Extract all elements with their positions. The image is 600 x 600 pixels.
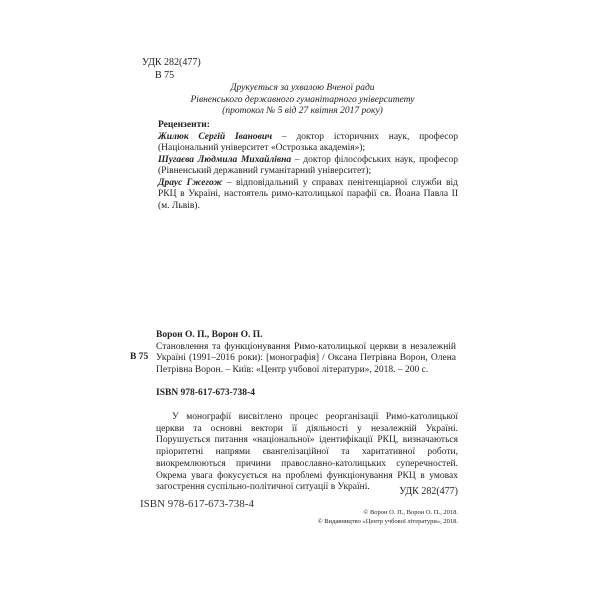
copyright-block: © Ворон О. П., Ворон О. П., 2018. © Вида… bbox=[280, 508, 458, 526]
reviewer-name: Драус Гжегож bbox=[158, 178, 223, 188]
reviewers-heading: Рецензенти: bbox=[158, 120, 458, 132]
copyright-publisher: © Видавництво «Центр учбової літератури»… bbox=[280, 517, 458, 526]
biblio-authors: Ворон О. П., Ворон О. П. bbox=[156, 330, 456, 342]
biblio-isbn: ISBN 978-617-673-738-4 bbox=[156, 388, 255, 398]
approval-line-3: (протокол № 5 від 27 квітня 2017 року) bbox=[120, 106, 485, 118]
approval-line-2: Рівненського державного гуманітарного ун… bbox=[120, 95, 485, 107]
reviewer-item: Шугаєва Людмила Михайлівна – доктор філо… bbox=[158, 155, 458, 178]
bibliographic-record: Ворон О. П., Ворон О. П. Становлення та … bbox=[156, 330, 456, 376]
isbn-bottom: ISBN 978-617-673-738-4 bbox=[140, 498, 254, 510]
annotation-text: У монографії висвітлено процес реорганіз… bbox=[156, 412, 458, 494]
reviewer-item: Драус Гжегож – відповідальний у справах … bbox=[158, 178, 458, 213]
copyright-authors: © Ворон О. П., Ворон О. П., 2018. bbox=[280, 508, 458, 517]
bbk-code-top: В 75 bbox=[155, 70, 174, 82]
reviewer-name: Жилюк Сергій Іванович bbox=[158, 132, 272, 142]
reviewers-section: Рецензенти: Жилюк Сергій Іванович – докт… bbox=[158, 120, 458, 212]
reviewer-item: Жилюк Сергій Іванович – доктор історични… bbox=[158, 132, 458, 155]
biblio-index: В 75 bbox=[130, 352, 148, 362]
approval-statement: Друкується за ухвалою Вченої ради Рівнен… bbox=[120, 83, 485, 118]
reviewer-name: Шугаєва Людмила Михайлівна bbox=[158, 155, 291, 165]
biblio-description: Становлення та функціонування Римо-катол… bbox=[156, 342, 456, 377]
approval-line-1: Друкується за ухвалою Вченої ради bbox=[120, 83, 485, 95]
udk-code-bottom: УДК 282(477) bbox=[380, 486, 458, 497]
udk-code-top: УДК 282(477) bbox=[142, 57, 201, 69]
